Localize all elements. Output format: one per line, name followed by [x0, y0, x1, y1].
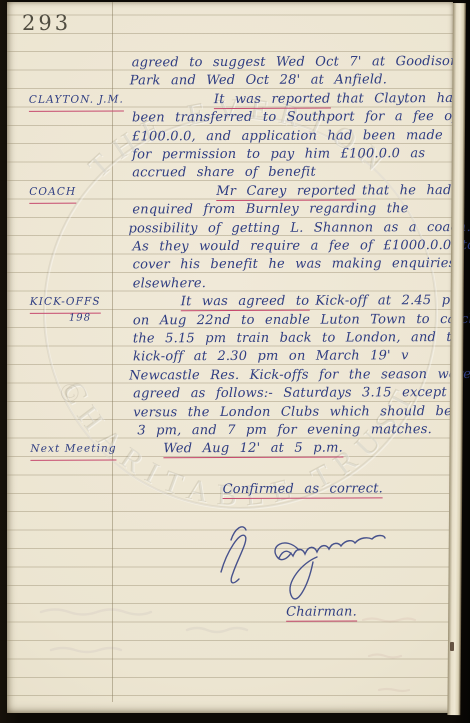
edge-ink-mark — [450, 642, 454, 651]
ledger-page: THE EVERTON THE EVERTON CHARITABLE TRUST… — [7, 2, 453, 713]
minute-book-scan: THE EVERTON THE EVERTON CHARITABLE TRUST… — [0, 0, 470, 723]
chairman-signature — [7, 2, 453, 713]
